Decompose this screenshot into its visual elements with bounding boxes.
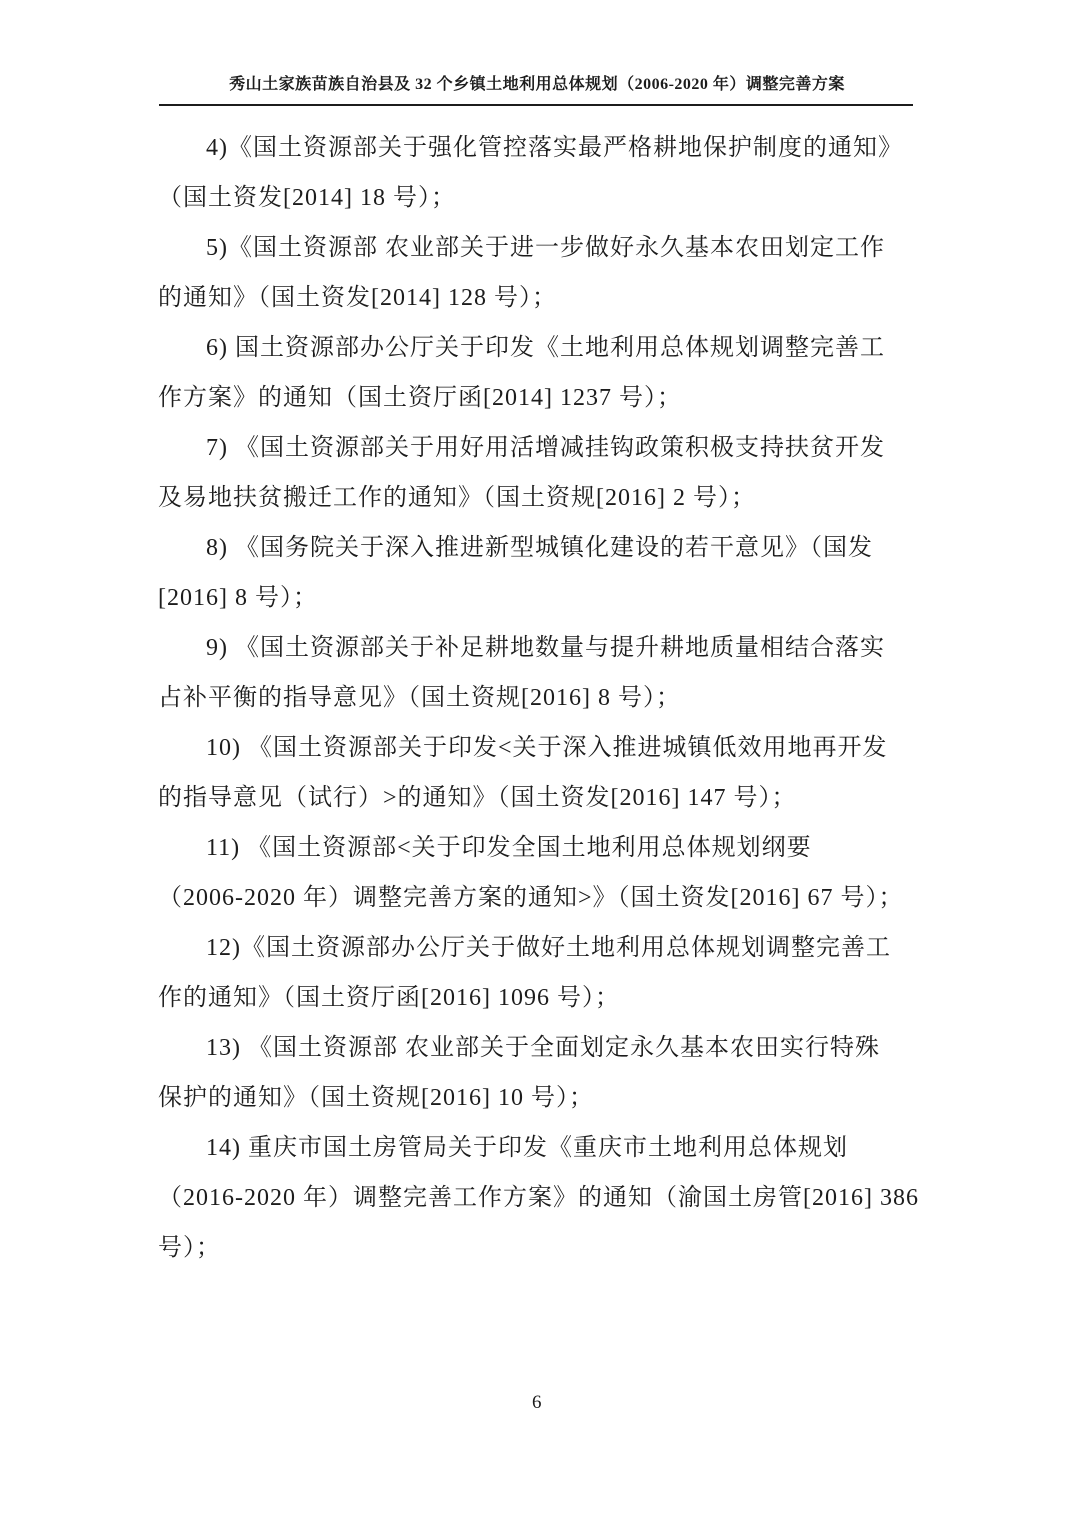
page-header-title: 秀山土家族苗族自治县及 32 个乡镇土地利用总体规划（2006-2020 年）调… xyxy=(0,71,1074,94)
paragraph-line: 作方案》的通知（国土资厅函[2014] 1237 号）； xyxy=(158,373,918,423)
paragraph-line: 8) 《国务院关于深入推进新型城镇化建设的若干意见》（国发 xyxy=(158,523,918,573)
list-item-6: 6) 国土资源部办公厅关于印发《土地利用总体规划调整完善工 作方案》的通知（国土… xyxy=(158,323,918,423)
paragraph-line: 6) 国土资源部办公厅关于印发《土地利用总体规划调整完善工 xyxy=(158,323,918,373)
paragraph-line: 号）； xyxy=(158,1223,918,1273)
paragraph-line: 作的通知》（国土资厅函[2016] 1096 号）； xyxy=(158,973,918,1023)
list-item-8: 8) 《国务院关于深入推进新型城镇化建设的若干意见》（国发 [2016] 8 号… xyxy=(158,523,918,623)
paragraph-line: 14) 重庆市国土房管局关于印发《重庆市土地利用总体规划 xyxy=(158,1123,918,1173)
paragraph-line: 占补平衡的指导意见》（国土资规[2016] 8 号）； xyxy=(158,673,918,723)
paragraph-line: 12)《国土资源部办公厅关于做好土地利用总体规划调整完善工 xyxy=(158,923,918,973)
paragraph-line: 5)《国土资源部 农业部关于进一步做好永久基本农田划定工作 xyxy=(158,223,918,273)
list-item-5: 5)《国土资源部 农业部关于进一步做好永久基本农田划定工作 的通知》（国土资发[… xyxy=(158,223,918,323)
header-rule xyxy=(159,104,913,106)
list-item-12: 12)《国土资源部办公厅关于做好土地利用总体规划调整完善工 作的通知》（国土资厅… xyxy=(158,923,918,1023)
paragraph-line: [2016] 8 号）； xyxy=(158,573,918,623)
paragraph-line: 4)《国土资源部关于强化管控落实最严格耕地保护制度的通知》 xyxy=(158,123,918,173)
paragraph-line: 10) 《国土资源部关于印发<关于深入推进城镇低效用地再开发 xyxy=(158,723,918,773)
document-page: 秀山土家族苗族自治县及 32 个乡镇土地利用总体规划（2006-2020 年）调… xyxy=(0,0,1074,1520)
paragraph-line: 13) 《国土资源部 农业部关于全面划定永久基本农田实行特殊 xyxy=(158,1023,918,1073)
paragraph-line: 保护的通知》（国土资规[2016] 10 号）； xyxy=(158,1073,918,1123)
paragraph-line: 的指导意见（试行）>的通知》（国土资发[2016] 147 号）； xyxy=(158,773,918,823)
paragraph-line: 及易地扶贫搬迁工作的通知》（国土资规[2016] 2 号）； xyxy=(158,473,918,523)
list-item-14: 14) 重庆市国土房管局关于印发《重庆市土地利用总体规划 （2016-2020 … xyxy=(158,1123,918,1273)
paragraph-line: （2016-2020 年）调整完善工作方案》的通知（渝国土房管[2016] 38… xyxy=(158,1173,918,1223)
list-item-11: 11) 《国土资源部<关于印发全国土地利用总体规划纲要 （2006-2020 年… xyxy=(158,823,918,923)
paragraph-line: 11) 《国土资源部<关于印发全国土地利用总体规划纲要 xyxy=(158,823,918,873)
paragraph-line: （2006-2020 年）调整完善方案的通知>》（国土资发[2016] 67 号… xyxy=(158,873,918,923)
page-number: 6 xyxy=(0,1392,1074,1414)
list-item-4: 4)《国土资源部关于强化管控落实最严格耕地保护制度的通知》 （国土资发[2014… xyxy=(158,123,918,223)
list-item-10: 10) 《国土资源部关于印发<关于深入推进城镇低效用地再开发 的指导意见（试行）… xyxy=(158,723,918,823)
paragraph-line: 7) 《国土资源部关于用好用活增减挂钩政策积极支持扶贫开发 xyxy=(158,423,918,473)
paragraph-line: 的通知》（国土资发[2014] 128 号）； xyxy=(158,273,918,323)
list-item-13: 13) 《国土资源部 农业部关于全面划定永久基本农田实行特殊 保护的通知》（国土… xyxy=(158,1023,918,1123)
paragraph-line: （国土资发[2014] 18 号）； xyxy=(158,173,918,223)
paragraph-line: 9) 《国土资源部关于补足耕地数量与提升耕地质量相结合落实 xyxy=(158,623,918,673)
document-body: 4)《国土资源部关于强化管控落实最严格耕地保护制度的通知》 （国土资发[2014… xyxy=(158,123,918,1273)
list-item-9: 9) 《国土资源部关于补足耕地数量与提升耕地质量相结合落实 占补平衡的指导意见》… xyxy=(158,623,918,723)
list-item-7: 7) 《国土资源部关于用好用活增减挂钩政策积极支持扶贫开发 及易地扶贫搬迁工作的… xyxy=(158,423,918,523)
